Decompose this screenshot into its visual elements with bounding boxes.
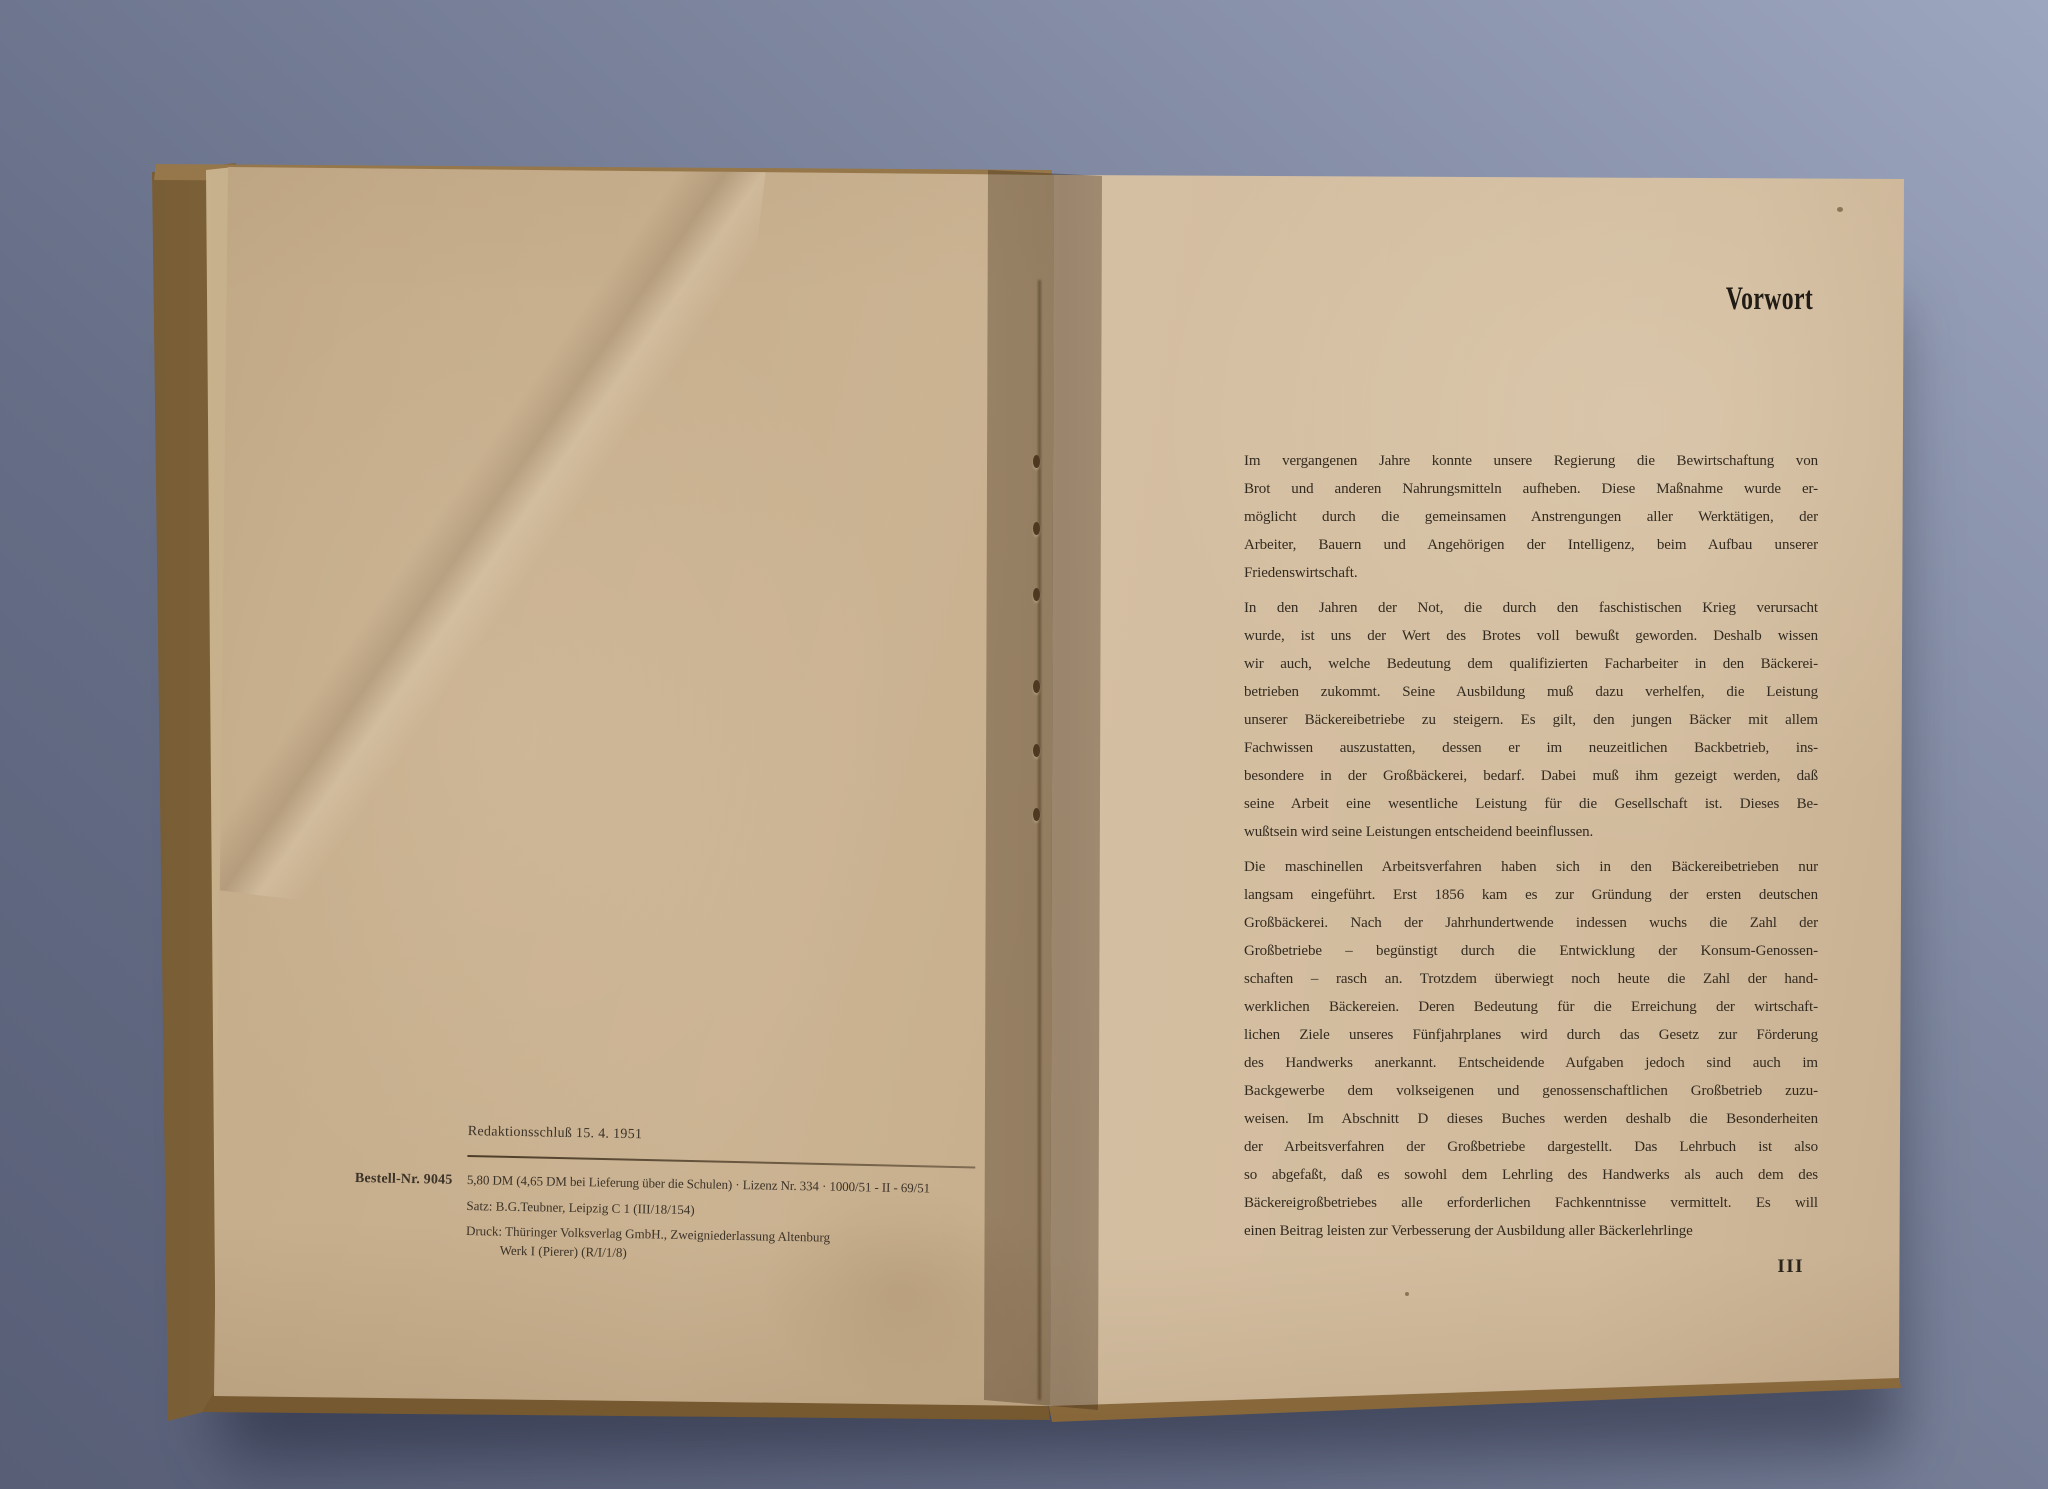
text-line: langsam eingeführt. Erst 1856 kam es zur…: [1244, 881, 1818, 909]
text-line: Backgewerbe dem volkseigenen und genosse…: [1244, 1077, 1818, 1105]
preface-text: Im vergangenen Jahre konnte unsere Regie…: [1244, 447, 1818, 1245]
text-line: Bäckereigroßbetriebes alle erforderliche…: [1244, 1189, 1818, 1217]
text-line: wurde, ist uns der Wert des Brotes voll …: [1244, 622, 1818, 650]
page-number: III: [1244, 1256, 1804, 1278]
text-line: des Handwerks anerkannt. Entscheidende A…: [1244, 1049, 1818, 1077]
text-line: betrieben zukommt. Seine Ausbildung muß …: [1244, 678, 1818, 706]
text-line: einen Beitrag leisten zur Verbesserung d…: [1244, 1217, 1818, 1245]
text-line: wußtsein wird seine Leistungen entscheid…: [1244, 818, 1818, 846]
text-line: Großbäckerei. Nach der Jahrhundertwende …: [1244, 909, 1818, 937]
paragraph-3: Die maschinellen Arbeitsverfahren haben …: [1244, 853, 1818, 1245]
gutter-crease: [1038, 280, 1041, 1400]
bestell-nr-label: Bestell-Nr. 9045: [355, 1171, 467, 1189]
stitch-hole: [1033, 680, 1040, 693]
paragraph-2: In den Jahren der Not, die durch den fas…: [1244, 594, 1818, 846]
photo-background: Redaktionsschluß 15. 4. 1951 Bestell-Nr.…: [0, 0, 2048, 1489]
page-crease: [204, 114, 766, 945]
text-line: weisen. Im Abschnitt D dieses Buches wer…: [1244, 1105, 1818, 1133]
text-line: möglicht durch die gemeinsamen Anstrengu…: [1244, 503, 1818, 531]
text-line: Arbeiter, Bauern und Angehörigen der Int…: [1244, 531, 1818, 559]
text-line: unserer Bäckereibetriebe zu steigern. Es…: [1244, 706, 1818, 734]
bestell-row: Bestell-Nr. 9045 5,80 DM (4,65 DM bei Li…: [355, 1170, 1015, 1199]
stitch-hole: [1033, 455, 1040, 468]
text-line: Im vergangenen Jahre konnte unsere Regie…: [1244, 447, 1818, 475]
text-line: so abgefaßt, daß es sowohl dem Lehrling …: [1244, 1161, 1818, 1189]
text-line: wir auch, welche Bedeutung dem qualifizi…: [1244, 650, 1818, 678]
stitch-hole: [1033, 588, 1040, 601]
price-license-line: 5,80 DM (4,65 DM bei Lieferung über die …: [467, 1172, 930, 1196]
text-line: Brot und anderen Nahrungsmitteln aufhebe…: [1244, 475, 1818, 503]
text-line: schaften – rasch an. Trotzdem überwiegt …: [1244, 965, 1818, 993]
text-line: Großbetriebe – begünstigt durch die Entw…: [1244, 937, 1818, 965]
text-line: besondere in der Großbäckerei, bedarf. D…: [1244, 762, 1818, 790]
text-line: Die maschinellen Arbeitsverfahren haben …: [1244, 853, 1818, 881]
colophon-block: Redaktionsschluß 15. 4. 1951 Bestell-Nr.…: [354, 1122, 1016, 1268]
paper-speck: [1405, 1292, 1409, 1296]
satz-line: Satz: B.G.Teubner, Leipzig C 1 (III/18/1…: [466, 1198, 1014, 1224]
text-line: seine Arbeit eine wesentliche Leistung f…: [1244, 790, 1818, 818]
text-line: In den Jahren der Not, die durch den fas…: [1244, 594, 1818, 622]
stitch-hole: [1033, 522, 1040, 535]
colophon-rule: [467, 1155, 975, 1169]
stitch-hole: [1033, 744, 1040, 757]
text-line: der Arbeitsverfahren der Großbetriebe da…: [1244, 1133, 1818, 1161]
text-line: Fachwissen auszustatten, dessen er im ne…: [1244, 734, 1818, 762]
chapter-heading: Vorwort: [1393, 281, 1819, 314]
text-line: Friedenswirtschaft.: [1244, 559, 1818, 587]
paper-speck: [1837, 207, 1843, 212]
paragraph-1: Im vergangenen Jahre konnte unsere Regie…: [1244, 447, 1818, 587]
text-line: werklichen Bäckereien. Deren Bedeutung f…: [1244, 993, 1818, 1021]
text-line: lichen Ziele unseres Fünfjahrplanes wird…: [1244, 1021, 1818, 1049]
stitch-hole: [1033, 808, 1040, 821]
